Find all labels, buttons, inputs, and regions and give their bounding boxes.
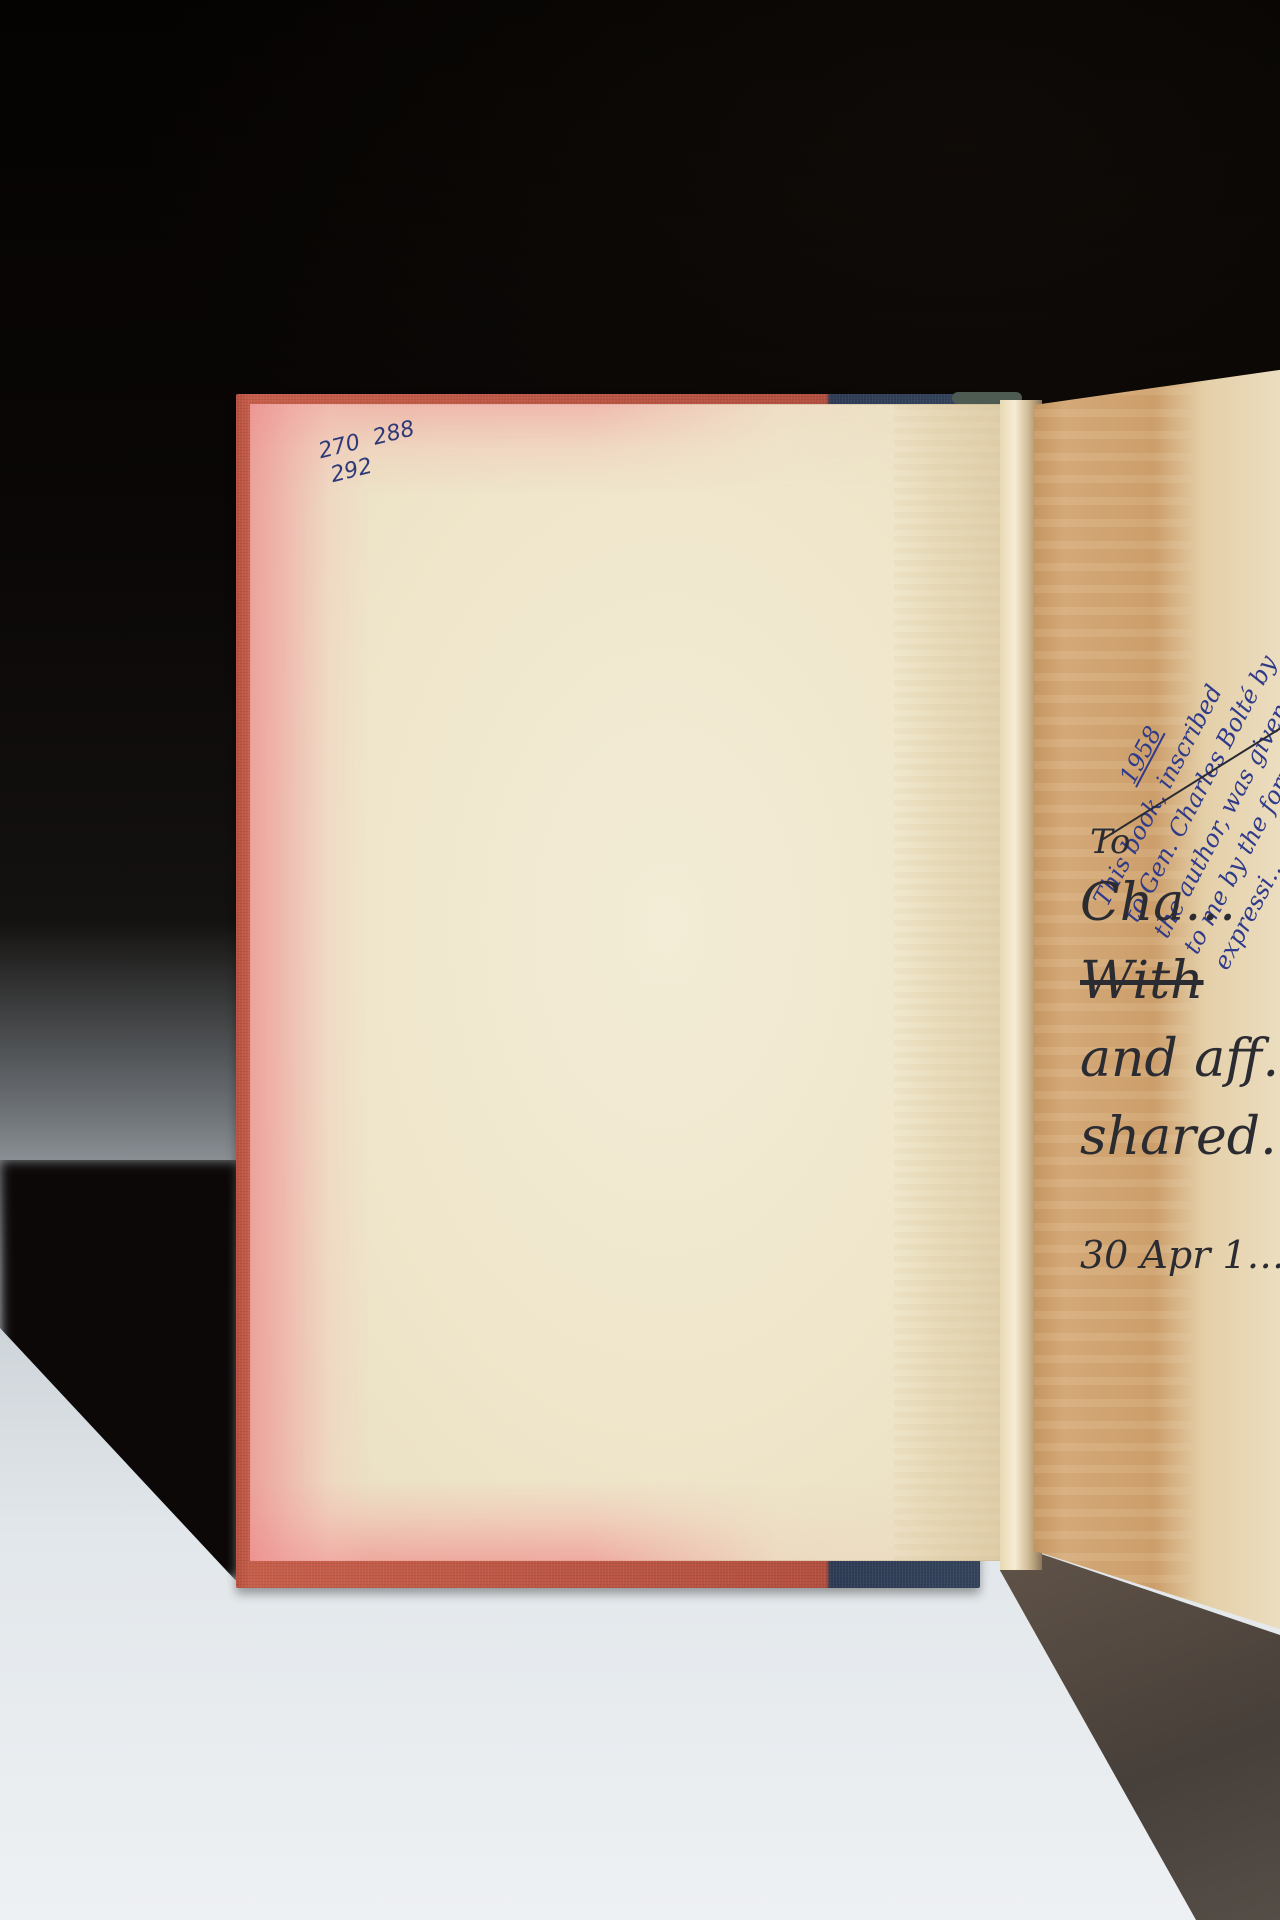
author-inscription: To Cha… With and aff… shared. 30 Apr 1… xyxy=(1080,820,1280,1294)
front-endpaper xyxy=(250,404,1004,1561)
photo-scene: 270288 292 1958 This book, inscribed to … xyxy=(0,0,1280,1920)
hinge-strip xyxy=(894,404,1004,1561)
inscription-date: 30 Apr 1… xyxy=(1080,1216,1280,1294)
inscription-salutation: To xyxy=(1090,820,1280,864)
inscription-line: shared. xyxy=(1080,1098,1280,1176)
inscription-struck-word: With xyxy=(1080,942,1280,1020)
inscription-line: and aff… xyxy=(1080,1020,1280,1098)
cast-shadow-left xyxy=(0,1160,240,1580)
pink-dye-bleed xyxy=(250,404,1004,1561)
inscription-name: Cha… xyxy=(1080,864,1280,942)
